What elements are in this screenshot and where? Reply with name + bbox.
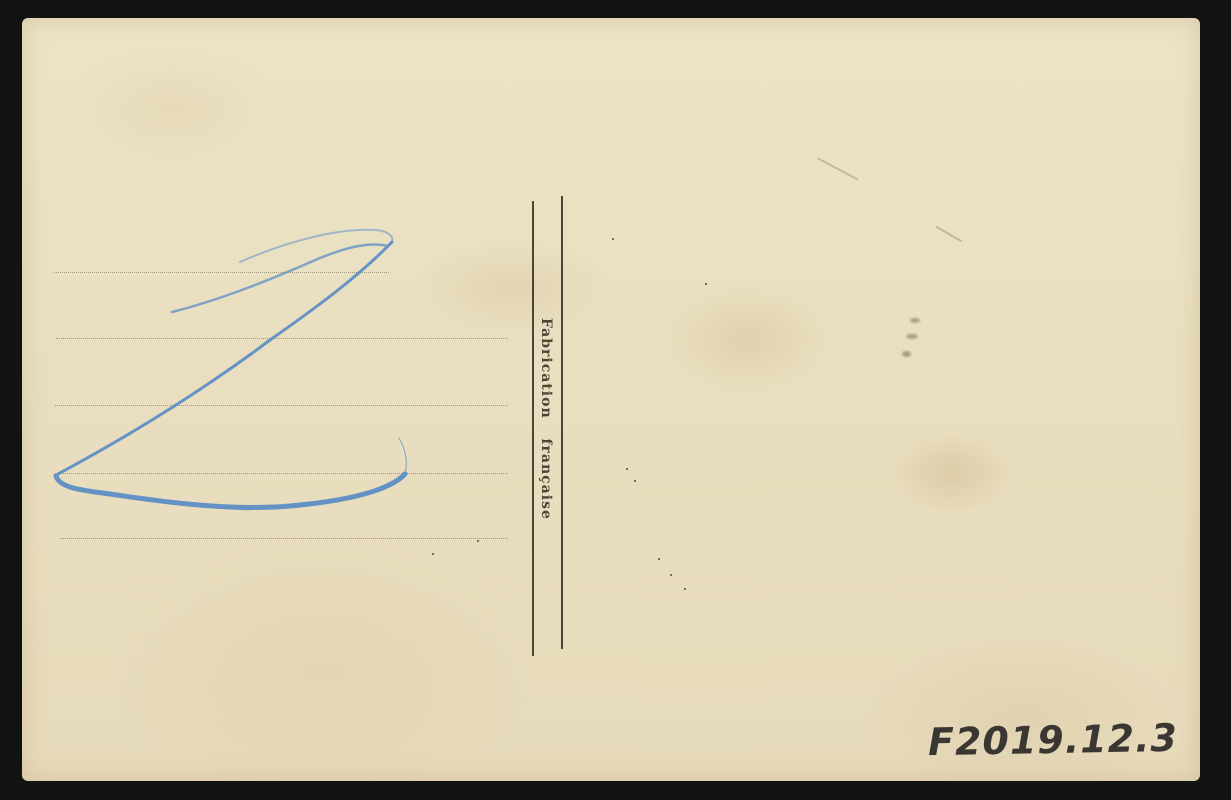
speck <box>658 558 660 560</box>
pencil-smudge <box>906 334 918 339</box>
address-line-3 <box>55 405 508 406</box>
faint-pencil-mark <box>817 157 858 180</box>
fabrication-francaise-label: Fabrication française <box>532 318 554 538</box>
speck <box>626 468 628 470</box>
accession-number: F2019.12.3 <box>928 716 1179 764</box>
pencil-smudge <box>902 351 911 357</box>
address-line-2 <box>56 338 508 339</box>
speck <box>634 480 636 482</box>
speck <box>705 283 707 285</box>
speck <box>477 540 479 542</box>
speck <box>612 238 614 240</box>
speck <box>684 588 686 590</box>
address-line-4 <box>55 473 508 474</box>
faint-pencil-mark <box>936 226 963 242</box>
address-line-1 <box>54 272 389 273</box>
speck <box>432 553 434 555</box>
scan-background: Fabrication française F2019.12.3 <box>0 0 1231 800</box>
address-line-5 <box>60 538 508 539</box>
speck <box>670 574 672 576</box>
divider-line-right <box>561 196 563 649</box>
pencil-smudge <box>910 318 920 323</box>
postcard-back <box>22 18 1200 781</box>
